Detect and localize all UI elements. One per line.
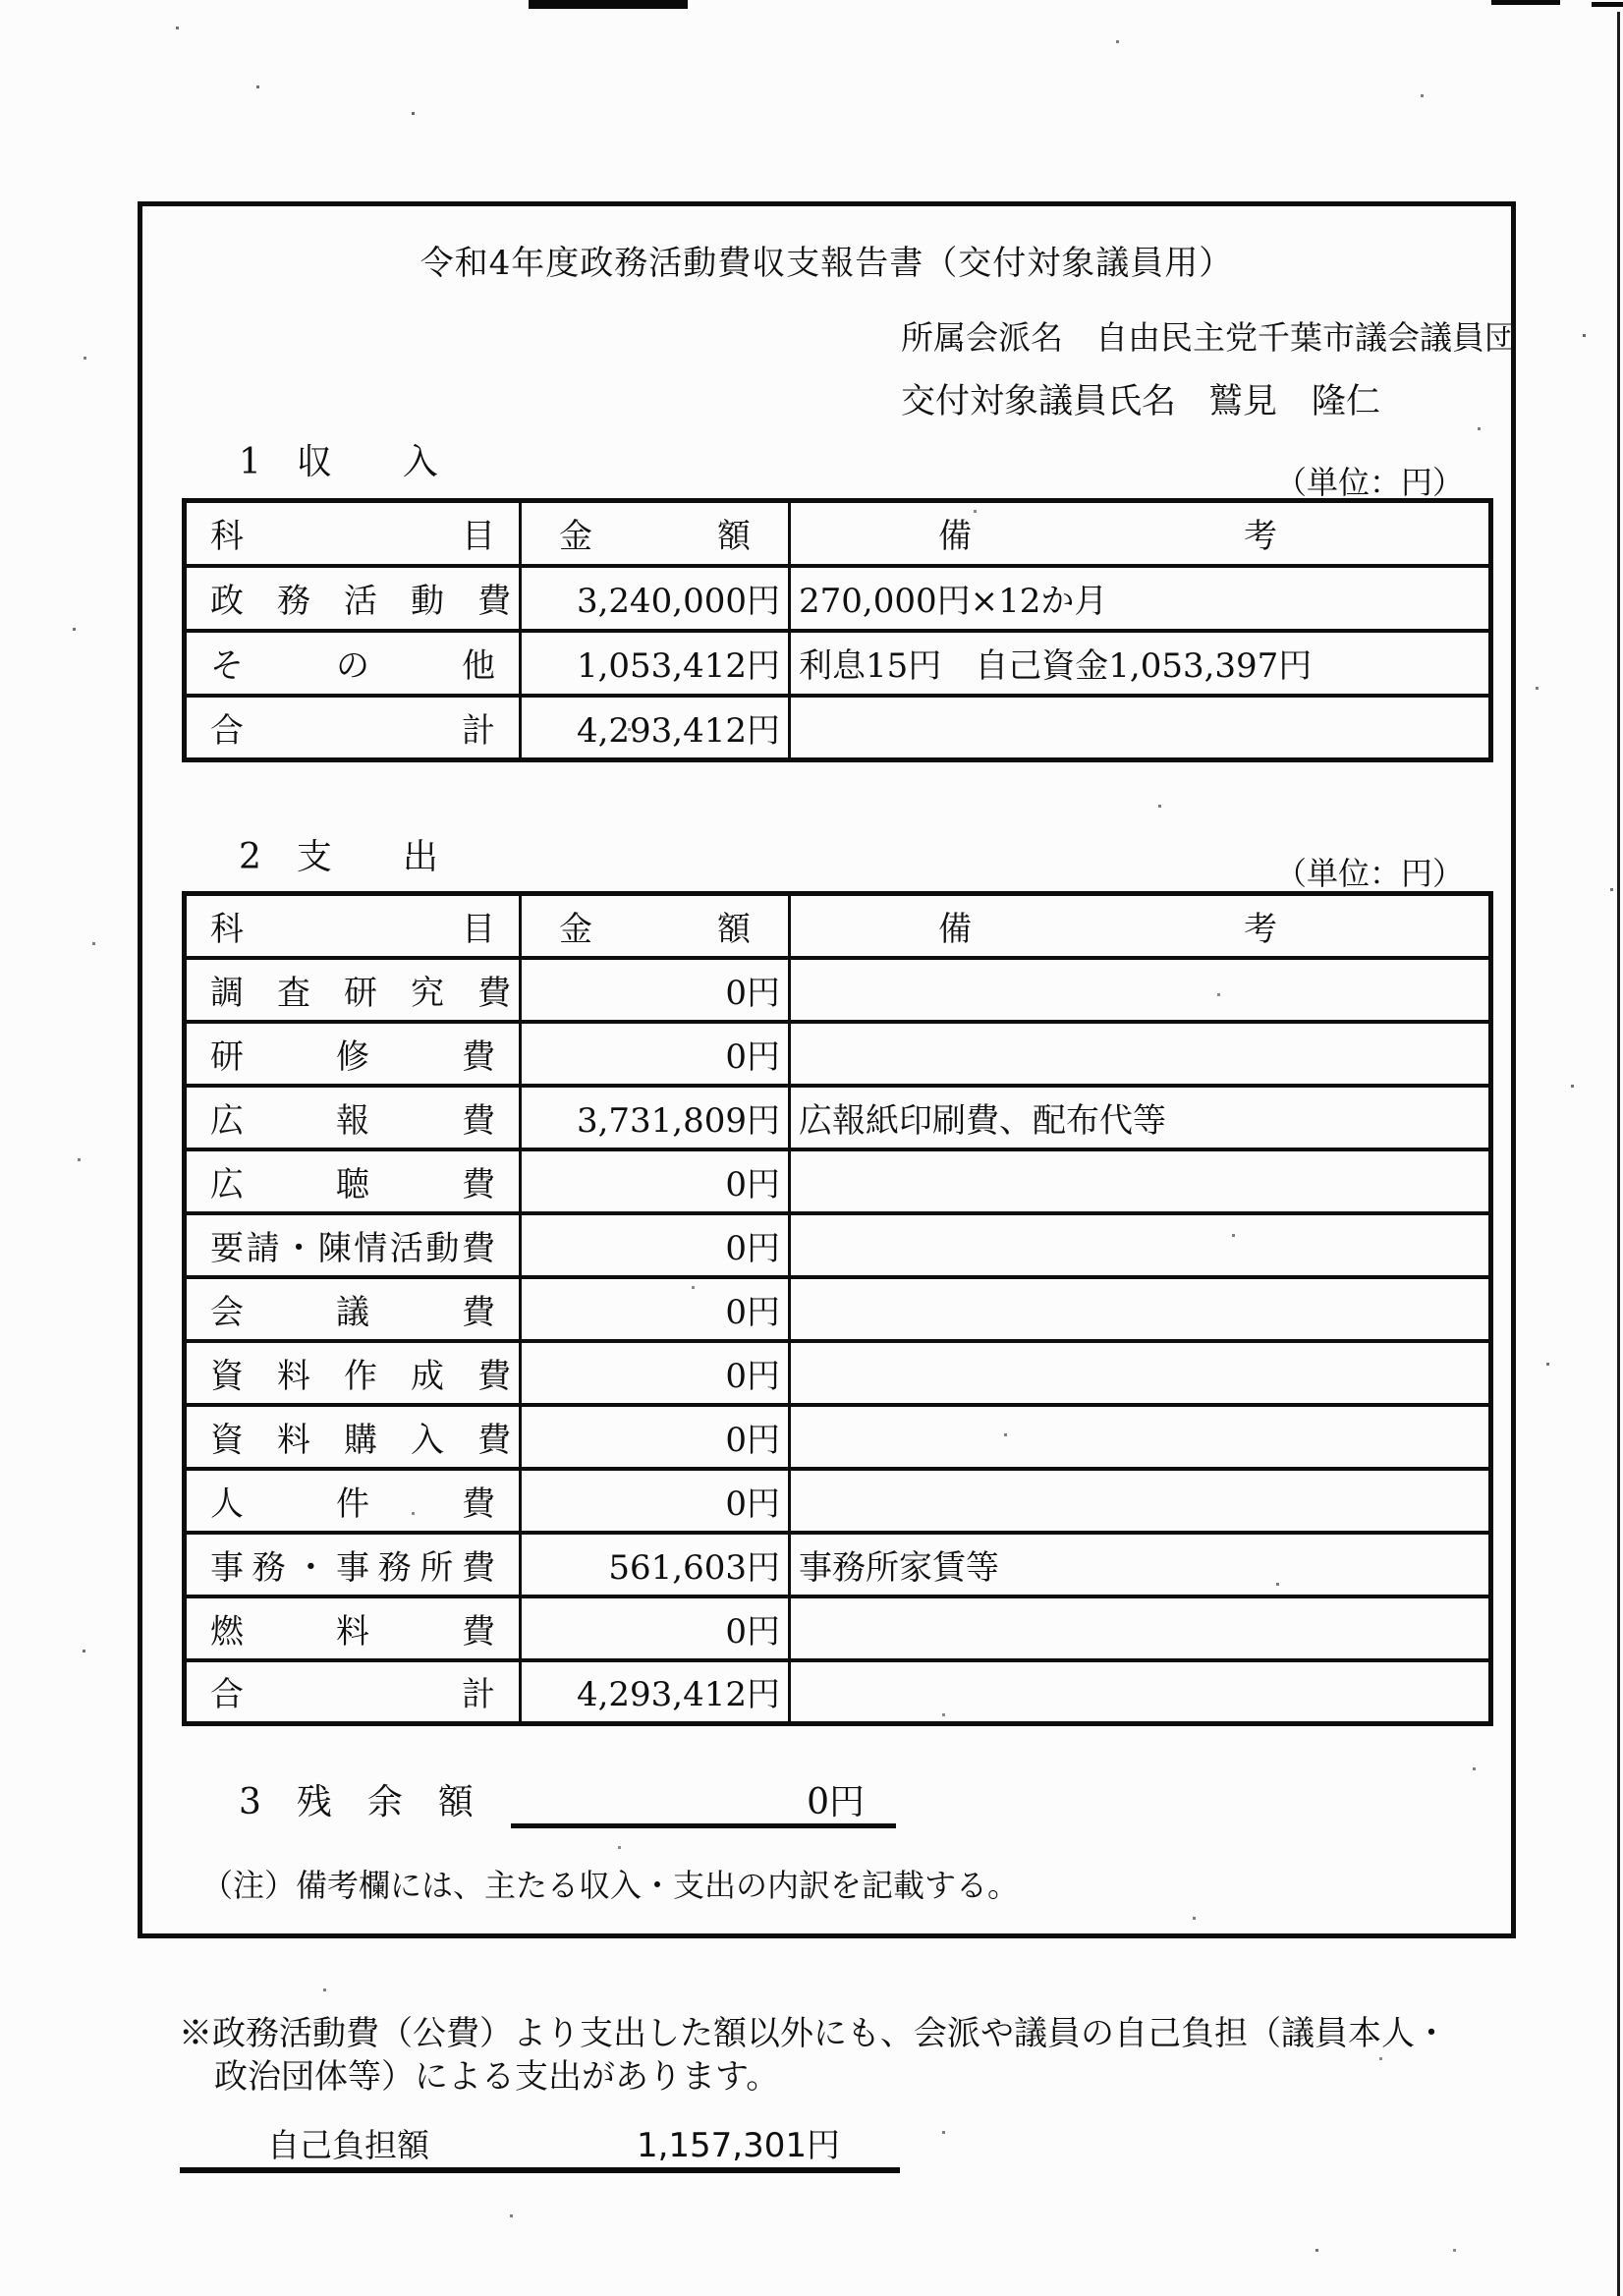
scan-edge-line: [1617, 12, 1620, 2296]
expense-row-item: 調 査 研 究 費: [185, 958, 521, 1022]
expense-unit-note: （単位：円）: [1120, 849, 1464, 894]
expense-row-amount: 0円: [521, 1213, 790, 1277]
table-row: 広 聴 費 0円: [185, 1149, 1491, 1213]
remainder-underline: [511, 1823, 896, 1828]
table-row: 合 計 4,293,412円: [185, 1660, 1491, 1724]
remainder-heading: 3 残 余 額: [239, 1774, 474, 1824]
income-row-note: [790, 696, 1491, 760]
expense-row-amount: 0円: [521, 1277, 790, 1341]
table-row: 要請・陳情活動費 0円: [185, 1213, 1491, 1277]
expense-row-item: 研 修 費: [185, 1022, 521, 1086]
table-row: 研 修 費 0円: [185, 1022, 1491, 1086]
table-row: 人 件 費 0円: [185, 1469, 1491, 1533]
table-row: 燃 料 費 0円: [185, 1596, 1491, 1660]
expense-row-item: 事務・事務所費: [185, 1533, 521, 1596]
table-row: 合 計 4,293,412円: [185, 696, 1491, 760]
table-row: そ の 他 1,053,412円 利息15円 自己資金1,053,397円: [185, 631, 1491, 696]
affiliation-value: 自由民主党千葉市議会議員団: [1095, 318, 1517, 357]
expense-header-note: 備 考: [790, 894, 1491, 958]
table-row: 政 務 活 動 費 3,240,000円 270,000円×12か月: [185, 566, 1491, 631]
scan-artifact-dash: [1491, 0, 1560, 5]
income-row-amount: 1,053,412円: [521, 631, 790, 696]
expense-row-note: [790, 1469, 1491, 1533]
report-title: 令和4年度政務活動費収支報告書（交付対象議員用）: [138, 236, 1516, 284]
expense-row-amount: 0円: [521, 1596, 790, 1660]
scan-artifact-dash: [529, 0, 688, 9]
expense-row-item: 燃 料 費: [185, 1596, 521, 1660]
expense-row-amount: 0円: [521, 1149, 790, 1213]
scan-artifact-dash: [1592, 2, 1623, 7]
expense-row-amount: 0円: [521, 958, 790, 1022]
table-row: 会 議 費 0円: [185, 1277, 1491, 1341]
expense-table: 科 目 金 額 備 考 調 査 研 究 費 0円 研 修 費 0円 広 報 費 …: [182, 891, 1493, 1726]
expense-row-note: [790, 1213, 1491, 1277]
expense-row-item: 広 報 費: [185, 1086, 521, 1149]
income-row-amount: 4,293,412円: [521, 696, 790, 760]
expense-row-amount: 3,731,809円: [521, 1086, 790, 1149]
expense-row-amount: 0円: [521, 1341, 790, 1405]
income-row-amount: 3,240,000円: [521, 566, 790, 631]
income-header-item: 科 目: [185, 501, 521, 566]
income-row-item: そ の 他: [185, 631, 521, 696]
expense-row-note: 事務所家賃等: [790, 1533, 1491, 1596]
member-line: 交付対象議員氏名鷲見 隆仁: [901, 374, 1380, 423]
expense-row-item: 資 料 購 入 費: [185, 1405, 521, 1469]
income-row-item: 政 務 活 動 費: [185, 566, 521, 631]
table-row: 資 料 作 成 費 0円: [185, 1341, 1491, 1405]
member-name: 鷲見 隆仁: [1208, 382, 1380, 421]
expense-row-note: [790, 1341, 1491, 1405]
scanned-report-page: 令和4年度政務活動費収支報告書（交付対象議員用） 所属会派名自由民主党千葉市議会…: [0, 0, 1623, 2296]
expense-row-item: 人 件 費: [185, 1469, 521, 1533]
expense-header-item: 科 目: [185, 894, 521, 958]
member-label: 交付対象議員氏名: [901, 382, 1176, 421]
expense-header-row: 科 目 金 額 備 考: [185, 894, 1491, 958]
expense-row-note: [790, 1277, 1491, 1341]
income-row-note: 利息15円 自己資金1,053,397円: [790, 631, 1491, 696]
income-unit-note: （単位：円）: [1120, 458, 1464, 503]
expense-header-amount: 金 額: [521, 894, 790, 958]
affiliation-line: 所属会派名自由民主党千葉市議会議員団: [901, 312, 1517, 359]
expense-row-note: [790, 958, 1491, 1022]
income-header-amount: 金 額: [521, 501, 790, 566]
expense-row-item: 会 議 費: [185, 1277, 521, 1341]
table-row: 事務・事務所費 561,603円 事務所家賃等: [185, 1533, 1491, 1596]
affiliation-label: 所属会派名: [901, 318, 1063, 357]
remarks-note: （注）備考欄には、主たる収入・支出の内訳を記載する。: [201, 1861, 1019, 1906]
expense-row-amount: 561,603円: [521, 1533, 790, 1596]
expense-row-note: [790, 1405, 1491, 1469]
income-row-note: 270,000円×12か月: [790, 566, 1491, 631]
expense-row-amount: 0円: [521, 1022, 790, 1086]
expense-row-note: [790, 1149, 1491, 1213]
table-row: 広 報 費 3,731,809円 広報紙印刷費、配布代等: [185, 1086, 1491, 1149]
expense-row-amount: 4,293,412円: [521, 1660, 790, 1724]
remainder-amount: 0円: [688, 1774, 865, 1824]
expense-row-note: 広報紙印刷費、配布代等: [790, 1086, 1491, 1149]
table-row: 資 料 購 入 費 0円: [185, 1405, 1491, 1469]
expense-row-note: [790, 1596, 1491, 1660]
expense-row-note: [790, 1660, 1491, 1724]
expense-row-item: 資 料 作 成 費: [185, 1341, 521, 1405]
income-table: 科 目 金 額 備 考 政 務 活 動 費 3,240,000円 270,000…: [182, 498, 1493, 762]
footnote-line-2: 政治団体等）による支出があります。: [214, 2049, 779, 2098]
income-header-row: 科 目 金 額 備 考: [185, 501, 1491, 566]
table-row: 調 査 研 究 費 0円: [185, 958, 1491, 1022]
income-row-item: 合 計: [185, 696, 521, 760]
expense-section-heading: 2 支 出: [239, 829, 438, 879]
income-section-heading: 1 収 入: [239, 434, 438, 484]
expense-row-item: 要請・陳情活動費: [185, 1213, 521, 1277]
self-burden-underline: [180, 2167, 900, 2173]
expense-row-amount: 0円: [521, 1405, 790, 1469]
footnote-line-1: ※政務活動費（公費）より支出した額以外にも、会派や議員の自己負担（議員本人・: [179, 2006, 1448, 2054]
self-burden-label: 自己負担額: [267, 2120, 429, 2166]
expense-row-amount: 0円: [521, 1469, 790, 1533]
expense-row-note: [790, 1022, 1491, 1086]
expense-row-item: 広 聴 費: [185, 1149, 521, 1213]
expense-row-item: 合 計: [185, 1660, 521, 1724]
scan-noise-speckles: [0, 0, 1, 1]
self-burden-amount: 1,157,301円: [550, 2118, 840, 2166]
income-header-note: 備 考: [790, 501, 1491, 566]
